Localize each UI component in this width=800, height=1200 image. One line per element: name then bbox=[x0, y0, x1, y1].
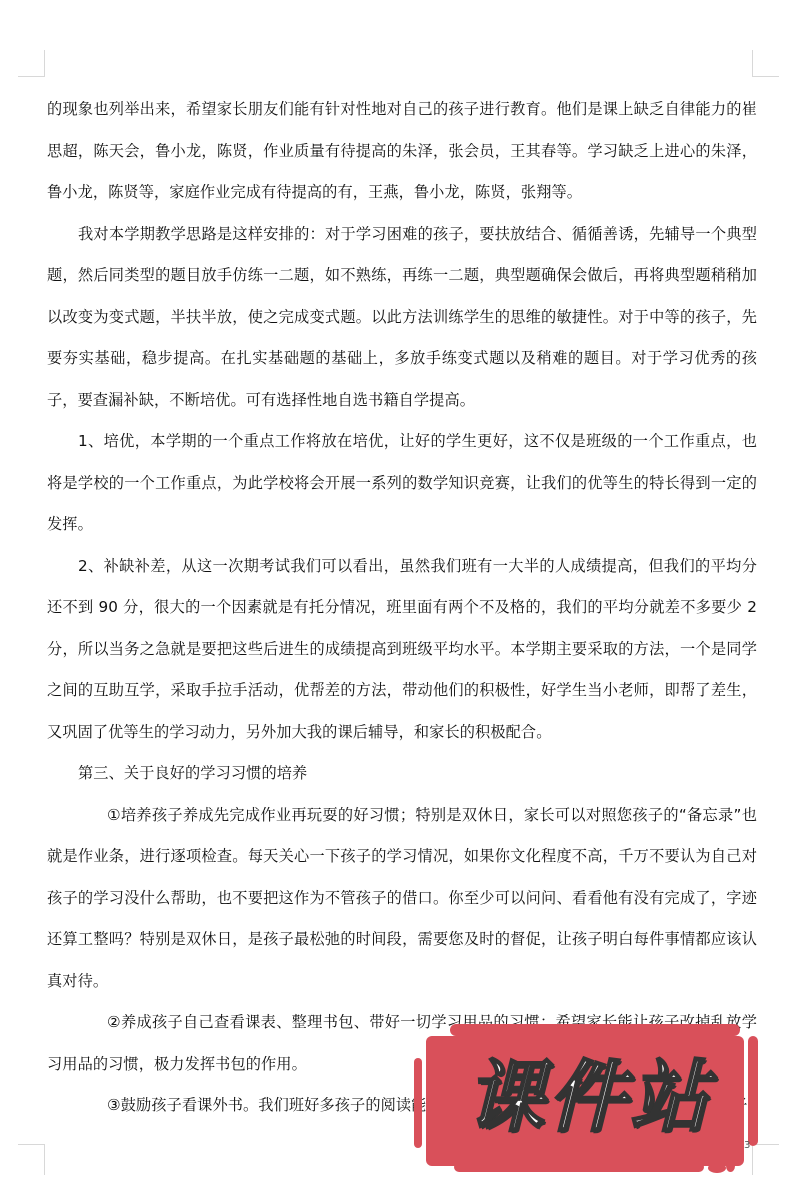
watermark-stripe bbox=[450, 1024, 740, 1036]
watermark-stamp: 课件站 bbox=[414, 1018, 764, 1176]
page-corner-mark-bottom-left bbox=[18, 1144, 45, 1175]
watermark-dot bbox=[708, 1163, 726, 1173]
document-body: 的现象也列举出来，希望家长朋友们能有针对性地对自己的孩子进行教育。他们是课上缺乏… bbox=[47, 89, 757, 1127]
paragraph-item-1-top-students: 1、培优，本学期的一个重点工作将放在培优，让好的学生更好，这不仅是班级的一个工作… bbox=[47, 421, 757, 546]
paragraph-habit-1: ①培养孩子养成先完成作业再玩耍的好习惯；特别是双休日，家长可以对照您孩子的“备忘… bbox=[47, 795, 757, 1003]
paragraph-student-list: 的现象也列举出来，希望家长朋友们能有针对性地对自己的孩子进行教育。他们是课上缺乏… bbox=[47, 89, 757, 214]
page-number: 3 bbox=[744, 1140, 750, 1151]
watermark-stripe bbox=[748, 1036, 758, 1146]
watermark-stripe bbox=[454, 1162, 704, 1172]
watermark-text: 课件站 bbox=[434, 1048, 744, 1148]
paragraph-teaching-plan: 我对本学期教学思路是这样安排的：对于学习困难的孩子，要扶放结合、循循善诱，先辅导… bbox=[47, 214, 757, 422]
watermark-stripe bbox=[414, 1058, 422, 1148]
watermark-dot bbox=[726, 1160, 735, 1172]
section-heading-study-habits: 第三、关于良好的学习习惯的培养 bbox=[47, 753, 757, 795]
page-corner-mark-top-right bbox=[752, 50, 779, 77]
page-corner-mark-top-left bbox=[18, 50, 45, 77]
paragraph-item-2-remedial: 2、补缺补差，从这一次期考试我们可以看出，虽然我们班有一大半的人成绩提高，但我们… bbox=[47, 546, 757, 754]
